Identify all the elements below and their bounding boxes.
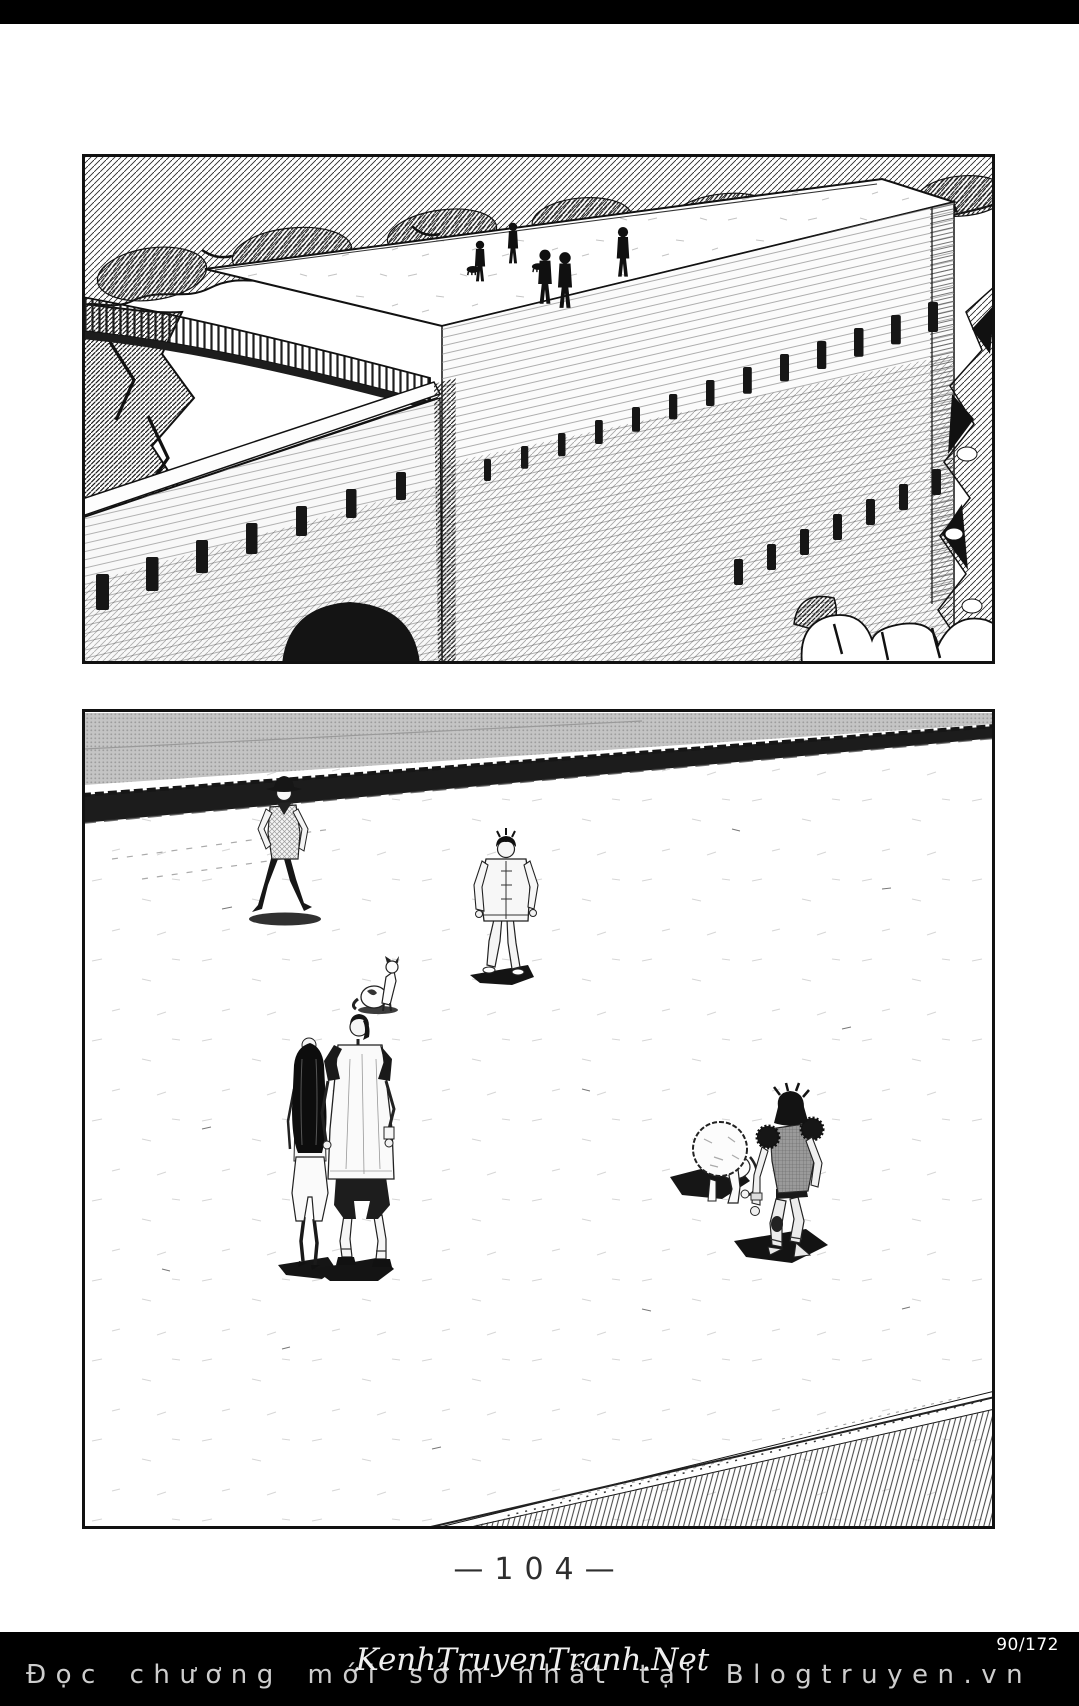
- page-number: —104—: [0, 1552, 1079, 1587]
- hat-person-shadow: [249, 913, 321, 926]
- manga-page: —104—: [0, 24, 1079, 1632]
- panel-courtyard-artwork: [82, 709, 995, 1529]
- panel-fortress-artwork: [82, 154, 995, 664]
- bottom-overlay-bar: 90/172 KenhTruyenTranh.Net Đọc chương mớ…: [0, 1632, 1079, 1706]
- watermark-script: KenhTruyenTranh.Net: [356, 1642, 710, 1678]
- fur-shoulder-left: [757, 1126, 779, 1148]
- lion-mane: [693, 1122, 747, 1176]
- page-indicator: 90/172: [996, 1635, 1059, 1655]
- top-letterbox-bar: [0, 0, 1079, 24]
- manga-reader-screen: —104— 90/172 KenhTruyenTranh.Net Đọc chư…: [0, 0, 1079, 1706]
